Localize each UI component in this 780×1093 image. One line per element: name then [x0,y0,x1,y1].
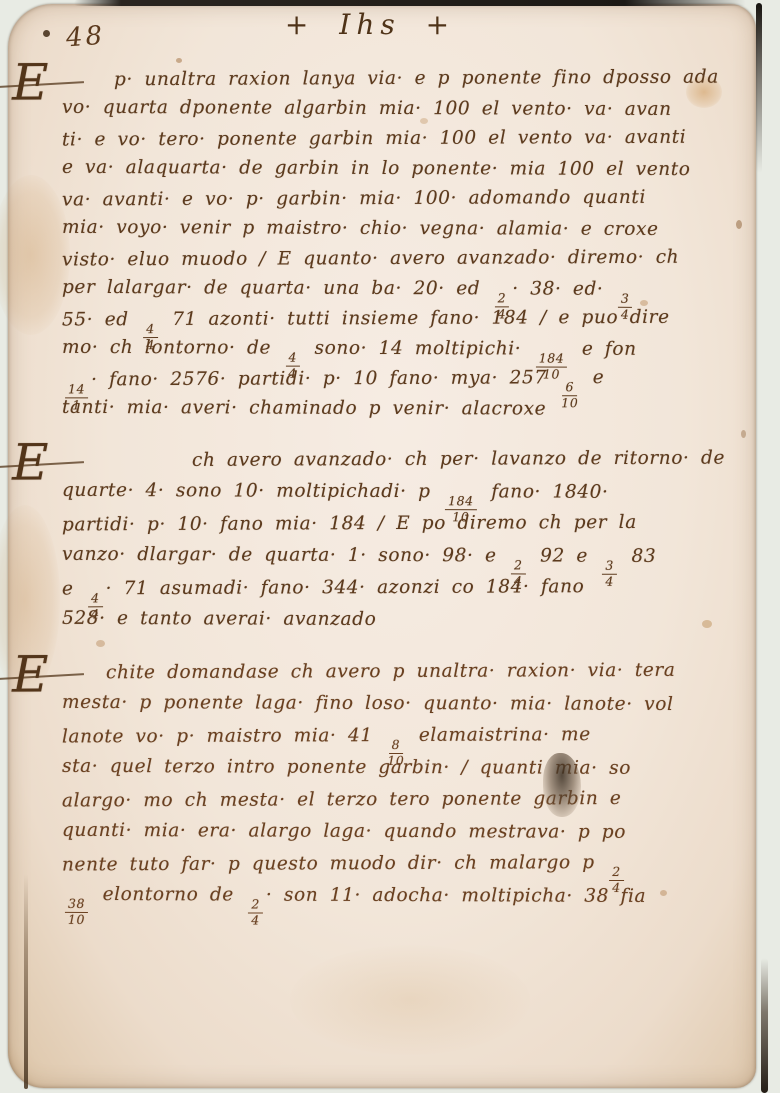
paragraph-initial: E [12,437,49,487]
manuscript-line: sta· quel terzo intro ponente garbin· / … [62,751,722,785]
fraction: 3810 [65,898,88,926]
paragraph-initial: E [12,649,49,699]
manuscript-line: mo· ch lontorno· de 44 sono· 14 moltipic… [62,333,722,365]
manuscript-text: Ep· unaltra raxion lanya via· e p ponent… [62,64,722,932]
foxing-spot [176,58,182,63]
manuscript-line: 141· fano· 2576· partidi· p· 10 fano· my… [62,363,722,396]
page-edge-right [756,3,762,173]
manuscript-line: e 44· 71 asumadi· fano· 344· azonzi co 1… [62,571,722,606]
manuscript-line: va· avanti· e vo· p· garbin· mia· 100· a… [62,183,722,216]
manuscript-line: lanote vo· p· maistro mia· 41 810 elamai… [62,719,722,754]
paragraph-initial: E [12,57,49,107]
foxing-spot [96,640,105,647]
manuscript-line: vo· quarta dponente algarbin mia· 100 el… [62,93,722,125]
manuscript-line: nente tuto far· p questo muodo dir· ch m… [62,847,722,882]
edge-spot [741,430,746,438]
manuscript-line: 3810 elontorno de 24· son 11· adocha· mo… [62,879,722,913]
foxing-spot [660,890,667,896]
manuscript-line: quanti· mia· era· alargo laga· quando me… [62,815,722,849]
manuscript-line: 55· ed 44 71 azonti· tutti insieme fano·… [62,303,722,336]
foxing-spot [702,620,712,628]
ihs-invocation: + Ihs + [0,8,740,41]
manuscript-line: vanzo· dlargar· de quarta· 1· sono· 98· … [62,539,722,573]
manuscript-line: 528· e tanto averai· avanzado [62,603,722,637]
foxing-spot [640,300,648,306]
paragraph: Ep· unaltra raxion lanya via· e p ponent… [62,64,722,424]
fraction: 24 [248,898,263,926]
manuscript-line: alargo· mo ch mesta· el terzo tero ponen… [62,783,722,818]
manuscript-line: mia· voyo· venir p maistro· chio· vegna·… [62,213,722,245]
manuscript-line: ti· e vo· tero· ponente garbin mia· 100 … [62,123,722,156]
manuscript-line: visto· eluo muodo / E quanto· avero avan… [62,243,722,276]
paragraph: Echite domandase ch avero p unaltra· rax… [62,656,722,912]
manuscript-line: tanti· mia· averi· chaminado p venir· al… [62,393,722,425]
manuscript-line: e va· alaquarta· de garbin in lo ponente… [62,153,722,185]
foxing-spot [420,118,428,124]
manuscript-line: Echite domandase ch avero p unaltra· rax… [62,655,722,690]
manuscript-line: partidi· p· 10· fano mia· 184 / E po dir… [62,507,722,542]
manuscript-line: per lalargar· de quarta· una ba· 20· ed … [62,273,722,305]
paragraph: Ech avero avanzado· ch per· lavanzo de r… [62,444,722,636]
manuscript-line: Ech avero avanzado· ch per· lavanzo de r… [62,443,722,478]
manuscript-line: mesta· p ponente laga· fino loso· quanto… [62,687,722,721]
manuscript-line: Ep· unaltra raxion lanya via· e p ponent… [62,63,722,96]
manuscript-photo: 48 + Ihs + Ep· unaltra raxion lanya via·… [0,0,780,1093]
edge-spot [736,220,742,229]
manuscript-line: quarte· 4· sono 10· moltipichadi· p 1841… [62,475,722,509]
page-edge-right-bottom [761,958,768,1093]
